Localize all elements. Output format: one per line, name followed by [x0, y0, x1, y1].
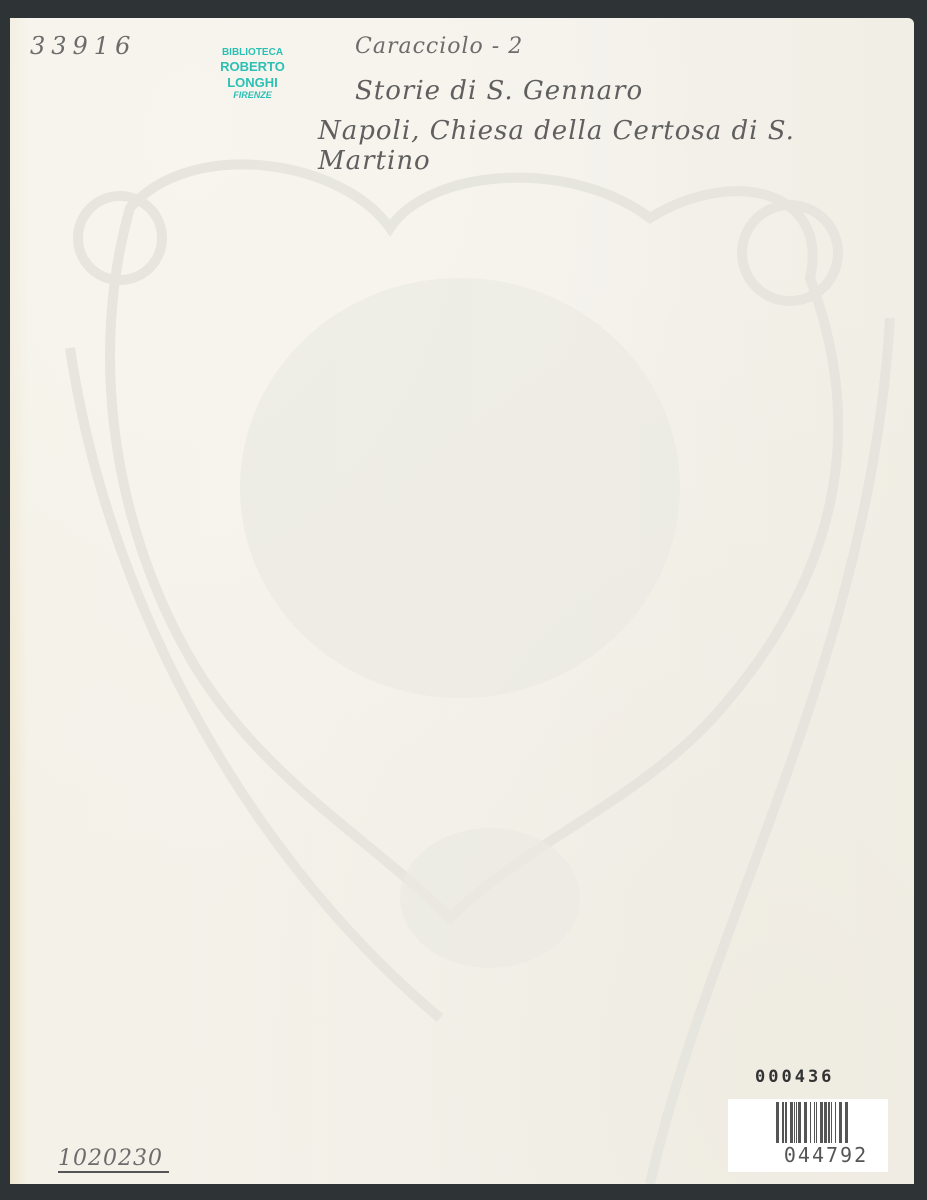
- inventory-number-top: 33916: [30, 32, 136, 60]
- handwritten-subject: Storie di S. Gennaro: [355, 76, 643, 106]
- barcode-icon: [776, 1102, 874, 1143]
- barcode-number: 044792: [776, 1143, 876, 1167]
- stamp-line-2: ROBERTO LONGHI: [195, 59, 310, 90]
- show-through-fresco-image: [10, 18, 914, 1184]
- barcode-label: 044792: [728, 1099, 888, 1172]
- handwritten-location: Napoli, Chiesa della Certosa di S. Marti…: [318, 116, 914, 176]
- printed-number: 000436: [755, 1067, 834, 1087]
- handwritten-author: Caracciolo - 2: [355, 34, 523, 59]
- library-stamp: BIBLIOTECA ROBERTO LONGHI FIRENZE: [195, 47, 310, 101]
- stamp-line-1: BIBLIOTECA: [195, 47, 310, 59]
- stamp-line-3: FIRENZE: [195, 90, 310, 101]
- inventory-number-bottom: 1020230: [58, 1146, 169, 1173]
- photo-back-sheet: 33916 BIBLIOTECA ROBERTO LONGHI FIRENZE …: [10, 18, 914, 1184]
